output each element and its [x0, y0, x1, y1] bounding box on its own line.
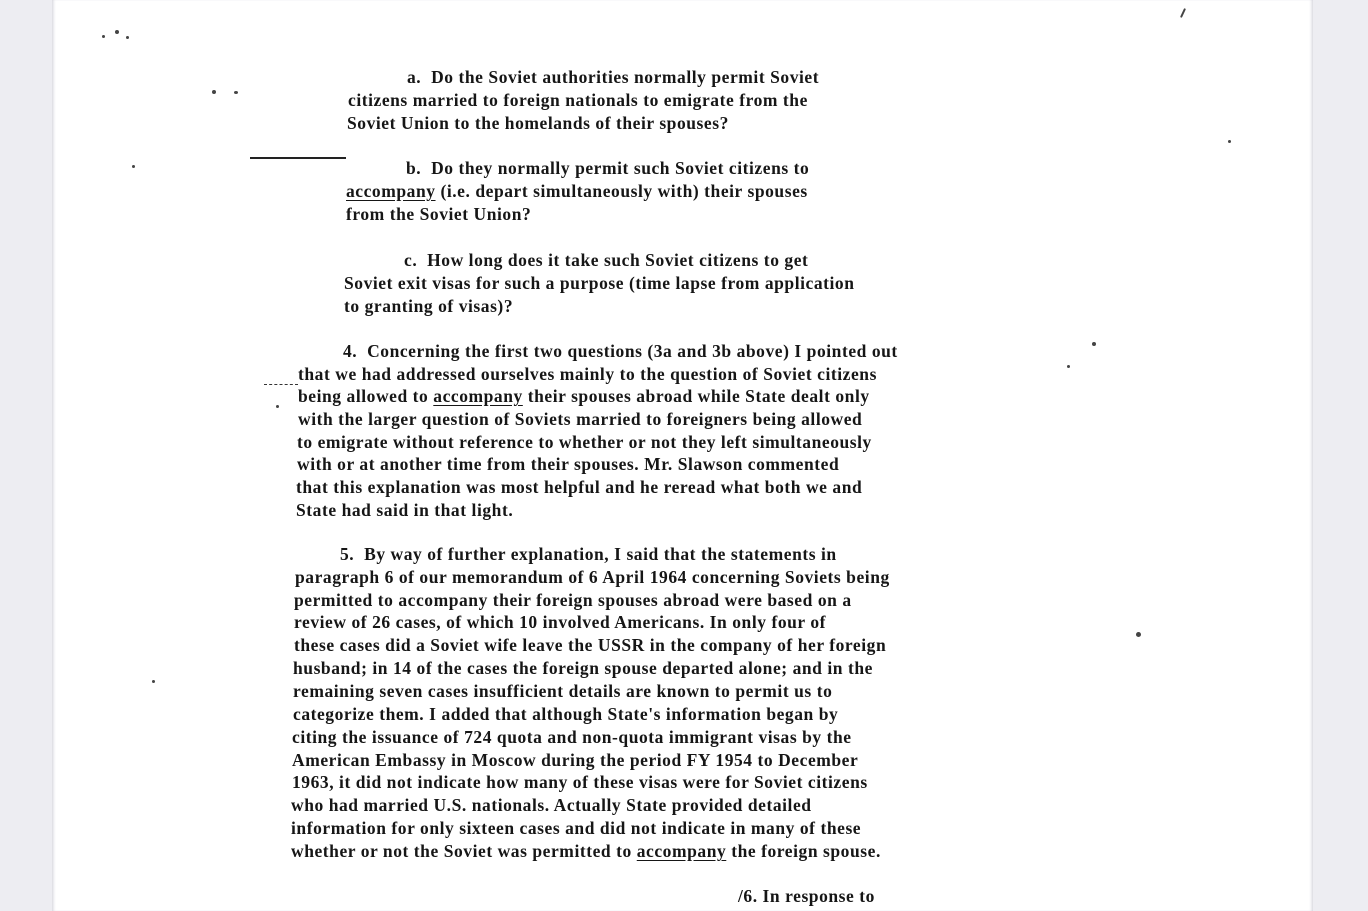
margin-dash-mark	[264, 384, 298, 385]
question-b-line-3: from the Soviet Union?	[346, 203, 531, 225]
paragraph-5-text-14a: whether or not the Soviet was permitted …	[291, 841, 632, 861]
scan-mark	[1180, 8, 1186, 18]
paragraph-4-line-6: with or at another time from their spous…	[297, 453, 839, 475]
paragraph-5-text-1: By way of further explanation, I said th…	[364, 544, 837, 564]
scan-speck	[212, 90, 216, 94]
document-page: a. Do the Soviet authorities normally pe…	[52, 0, 1313, 911]
paragraph-4-line-4: with the larger question of Soviets marr…	[298, 408, 862, 430]
paragraph-5-line-1: 5. By way of further explanation, I said…	[340, 543, 837, 565]
paragraph-4-line-2: that we had addressed ourselves mainly t…	[298, 363, 877, 385]
underlined-accompany: accompany	[637, 841, 727, 861]
paragraph-5-text-14b: the foreign spouse.	[731, 841, 881, 861]
scan-speck	[126, 36, 129, 39]
scan-speck	[115, 30, 119, 34]
question-c-line-3: to granting of visas)?	[344, 295, 513, 317]
paragraph-4-line-5: to emigrate without reference to whether…	[297, 431, 872, 453]
question-b-text-1: Do they normally permit such Soviet citi…	[431, 158, 809, 178]
scan-speck	[1092, 342, 1096, 346]
scan-speck	[1136, 632, 1141, 637]
question-a-line-2: citizens married to foreign nationals to…	[348, 89, 808, 111]
paragraph-5-line-2: paragraph 6 of our memorandum of 6 April…	[295, 566, 890, 588]
question-c-line-2: Soviet exit visas for such a purpose (ti…	[344, 272, 855, 294]
paragraph-4-text-1: Concerning the first two questions (3a a…	[367, 341, 898, 361]
paragraph-5-line-7: remaining seven cases insufficient detai…	[293, 680, 832, 702]
continuation-text: /6. In response to	[738, 885, 875, 907]
question-c-label: c.	[404, 250, 417, 270]
paragraph-5-line-5: these cases did a Soviet wife leave the …	[294, 634, 886, 656]
paragraph-5-label: 5.	[340, 544, 354, 564]
question-a-line-3: Soviet Union to the homelands of their s…	[347, 112, 729, 134]
question-b-line-2: accompany (i.e. depart simultaneously wi…	[346, 180, 808, 202]
paragraph-4-line-1: 4. Concerning the first two questions (3…	[343, 340, 898, 362]
scan-speck	[132, 165, 135, 168]
paragraph-4-text-3a: being allowed to	[298, 386, 428, 406]
paragraph-5-line-4: review of 26 cases, of which 10 involved…	[294, 611, 826, 633]
paragraph-5-line-14: whether or not the Soviet was permitted …	[291, 840, 881, 862]
scan-speck	[102, 35, 105, 38]
scan-speck	[276, 405, 279, 408]
underlined-accompany: accompany	[433, 386, 523, 406]
paragraph-5-line-9: citing the issuance of 724 quota and non…	[292, 726, 852, 748]
paragraph-4-line-3: being allowed to accompany their spouses…	[298, 385, 870, 407]
scan-speck	[1228, 140, 1231, 143]
question-a-label: a.	[407, 67, 421, 87]
scan-speck	[152, 680, 155, 683]
question-b-label: b.	[406, 158, 421, 178]
paragraph-5-line-12: who had married U.S. nationals. Actually…	[291, 794, 812, 816]
paragraph-4-label: 4.	[343, 341, 357, 361]
scan-speck	[234, 91, 238, 94]
paragraph-5-line-6: husband; in 14 of the cases the foreign …	[293, 657, 873, 679]
paragraph-5-line-13: information for only sixteen cases and d…	[291, 817, 861, 839]
question-c-text-1: How long does it take such Soviet citize…	[427, 250, 808, 270]
paragraph-4-line-8: State had said in that light.	[296, 499, 513, 521]
paragraph-5-line-3: permitted to accompany their foreign spo…	[294, 589, 852, 611]
paragraph-5-line-8: categorize them. I added that although S…	[293, 703, 838, 725]
paragraph-5-line-11: 1963, it did not indicate how many of th…	[292, 771, 868, 793]
paragraph-4-text-3b: their spouses abroad while State dealt o…	[528, 386, 870, 406]
scan-speck	[1067, 365, 1070, 368]
paragraph-4-line-7: that this explanation was most helpful a…	[296, 476, 862, 498]
margin-rule	[250, 157, 346, 159]
underlined-accompany: accompany	[346, 181, 436, 201]
question-a-line-1: a. Do the Soviet authorities normally pe…	[407, 66, 819, 88]
question-c-line-1: c. How long does it take such Soviet cit…	[404, 249, 808, 271]
question-b-line-1: b. Do they normally permit such Soviet c…	[406, 157, 809, 179]
paragraph-5-line-10: American Embassy in Moscow during the pe…	[292, 749, 858, 771]
question-a-text-1: Do the Soviet authorities normally permi…	[431, 67, 819, 87]
question-b-text-2: (i.e. depart simultaneously with) their …	[440, 181, 807, 201]
